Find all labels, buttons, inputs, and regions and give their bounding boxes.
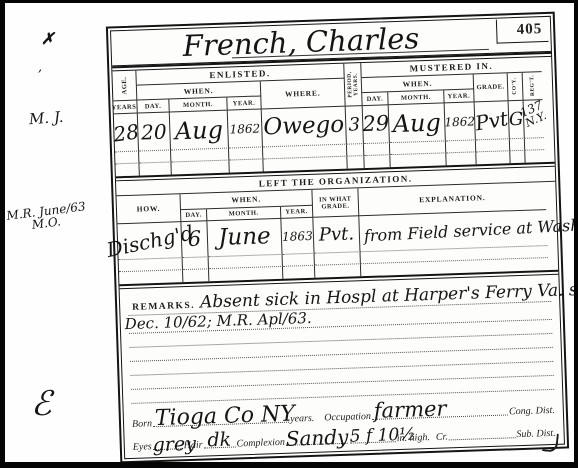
grade-word-label: GRADE.	[319, 202, 352, 210]
period-value: 3	[348, 116, 360, 134]
in-what-grade-label: IN WHAT GRADE.	[319, 195, 352, 210]
complexion-field: Sandy	[286, 442, 348, 446]
ruled-cell	[446, 152, 476, 165]
lto-year-label: YEAR.	[285, 208, 308, 216]
remarks-section: REMARKS. Absent sick in Hospl at Harper'…	[120, 275, 563, 404]
ruled-cell	[171, 161, 229, 175]
period-label: PERIOD, YEARS.	[346, 71, 359, 98]
lto-month-cell: June	[207, 219, 282, 257]
age-years-label: YEARS.	[112, 103, 139, 111]
enlisted-month-cell: Aug	[170, 111, 229, 151]
mustered-year-value: 1862	[444, 115, 475, 128]
ruled-cell	[446, 140, 476, 153]
ruled-cell	[510, 151, 525, 163]
margin-tick-mark: ,	[38, 61, 42, 74]
age-value-cell: 28	[114, 114, 139, 153]
enlisted-year-cell: 1862	[228, 109, 263, 148]
enlisted-where-cell: Owego	[262, 107, 347, 148]
ruled-cell	[229, 159, 263, 172]
mustered-month-value: Aug	[392, 110, 441, 136]
enlisted-where-header: WHERE.	[261, 79, 346, 110]
period-column-header: PERIOD, YEARS.	[344, 63, 362, 107]
lto-year-cell: 1863	[281, 218, 314, 255]
ruled-cell	[119, 270, 183, 284]
eyes-value: grey	[152, 435, 196, 455]
muster-table: AGE. ENLISTED. PERIOD, YEARS. MUSTERED I…	[112, 57, 554, 176]
mustered-year-cell: 1862	[445, 102, 476, 141]
mustered-year-label: YEAR.	[447, 92, 470, 100]
hair-value: dk	[207, 431, 231, 451]
enlisted-where-label: WHERE.	[285, 88, 321, 98]
enlisted-month-label: MONTH.	[183, 101, 213, 109]
margin-muster-roll-note: M.R. June/63 M.O.	[6, 200, 88, 234]
age-column-header: AGE.	[112, 71, 137, 102]
in-what-grade-header: IN WHAT GRADE.	[312, 188, 359, 218]
ruled-cell	[139, 162, 171, 175]
ruled-cell	[283, 266, 315, 279]
left-organization-table: HOW. WHEN. IN WHAT GRADE. EXPLANATION. D…	[117, 182, 559, 285]
ruled-cell	[209, 267, 283, 281]
explanation-value: from Field service at Washn D.C.	[364, 214, 578, 243]
lto-month-value: June	[218, 225, 271, 250]
lto-day-cell: 6	[181, 221, 208, 258]
mustered-year-subheader: YEAR.	[444, 89, 474, 103]
how-column-header: HOW.	[117, 194, 182, 224]
margin-initials-note: M. J.	[29, 110, 64, 127]
ruled-cell	[390, 153, 446, 167]
company-column-header: CO'Y.	[508, 73, 524, 101]
ruled-cell	[183, 269, 209, 282]
ruled-cell	[364, 155, 390, 168]
credit-label: Cr.	[436, 431, 448, 442]
period-label-line2: YEARS.	[353, 71, 360, 97]
ruled-cell	[183, 257, 209, 270]
lto-grade-cell: Pvt.	[313, 216, 360, 254]
mustered-grade-cell: Pvt	[475, 101, 510, 140]
enlisted-where-value: Owego	[263, 114, 344, 140]
lto-when-label: WHEN.	[231, 195, 261, 205]
hair-field: dk	[204, 445, 236, 448]
height-value: 5 f 10½	[349, 427, 416, 446]
lto-grade-value: Pvt.	[318, 225, 354, 244]
ruled-cell	[139, 150, 171, 163]
mustered-day-label: DAY.	[367, 95, 384, 103]
eyes-field: grey	[153, 447, 183, 450]
enlisted-year-value: 1862	[229, 122, 260, 135]
lto-day-value: 6	[187, 229, 201, 250]
mustered-in-label: MUSTERED IN.	[410, 61, 494, 74]
enlisted-day-cell: 20	[138, 112, 171, 151]
regiment-label: REG'T.	[529, 75, 536, 96]
mustered-month-cell: Aug	[389, 103, 446, 143]
regiment-cell: 137 N.Y.	[524, 100, 544, 139]
occupation-value: farmer	[373, 398, 446, 421]
age-label: AGE.	[120, 77, 128, 95]
enlisted-day-label: DAY.	[145, 102, 162, 110]
enlisted-year-subheader: YEAR.	[227, 96, 261, 110]
mustered-day-cell: 29	[363, 105, 390, 144]
enlisted-label: ENLISTED.	[209, 68, 271, 80]
explanation-label: EXPLANATION.	[419, 193, 486, 204]
credit-field	[449, 436, 516, 440]
mustered-day-value: 29	[362, 113, 389, 135]
lto-year-subheader: YEAR.	[281, 206, 313, 219]
complexion-value: Sandy	[285, 427, 348, 449]
company-label: CO'Y.	[512, 78, 519, 95]
ruled-cell	[364, 143, 390, 156]
how-cell: Dischg'd	[117, 222, 182, 260]
ruled-cell	[347, 144, 364, 157]
margin-flourish-mark: ℰ	[31, 387, 52, 421]
grade-label: GRADE.	[476, 83, 504, 91]
mustered-day-subheader: DAY.	[362, 92, 388, 106]
ruled-cell	[283, 254, 315, 267]
ruled-cell	[476, 151, 510, 164]
lto-day-label: DAY.	[185, 211, 202, 219]
complexion-label: Complexion	[236, 437, 285, 450]
record-card-scan: ✗ , M. J. M.R. June/63 M.O. ℰ French, Ch…	[0, 0, 578, 468]
enlisted-year-label: YEAR.	[233, 99, 256, 107]
record-card: French, Charles 405 AGE. ENLISTED. PERIO…	[106, 12, 569, 464]
lto-year-value: 1863	[282, 229, 313, 242]
regiment-column-header: REG'T.	[523, 72, 543, 101]
height-field: 5 f 10½	[350, 440, 396, 444]
lto-month-label: MONTH.	[229, 210, 259, 218]
page-number: 405	[496, 18, 549, 44]
eyes-label: Eyes	[133, 441, 152, 453]
enlisted-when-label: WHEN.	[184, 86, 214, 96]
age-years-subheader: YEARS.	[113, 101, 137, 115]
ruled-cell	[115, 164, 139, 177]
margin-x-mark: ✗	[41, 31, 54, 47]
enlisted-day-subheader: DAY.	[137, 99, 169, 113]
ruled-cell	[115, 152, 139, 165]
mustered-when-label: WHEN.	[402, 78, 432, 88]
born-label: Born	[132, 418, 152, 430]
ruled-cell	[315, 264, 361, 278]
how-label: HOW.	[137, 204, 161, 214]
enlisted-day-value: 20	[141, 121, 167, 142]
ruled-cell	[510, 139, 525, 151]
enlisted-month-value: Aug	[174, 117, 223, 143]
age-value: 28	[112, 121, 140, 144]
ruled-cell	[525, 150, 544, 163]
lto-day-subheader: DAY.	[181, 209, 207, 222]
mustered-month-label: MONTH.	[401, 93, 431, 101]
mustered-grade-value: Pvt	[474, 108, 510, 133]
corner-flourish-mark	[542, 432, 559, 452]
ruled-cell	[347, 156, 364, 169]
grade-column-header: GRADE.	[474, 73, 509, 102]
explanation-cell: from Field service at Washn D.C.	[359, 210, 547, 252]
ruled-cell	[525, 138, 544, 151]
remarks-label: REMARKS.	[132, 301, 195, 313]
